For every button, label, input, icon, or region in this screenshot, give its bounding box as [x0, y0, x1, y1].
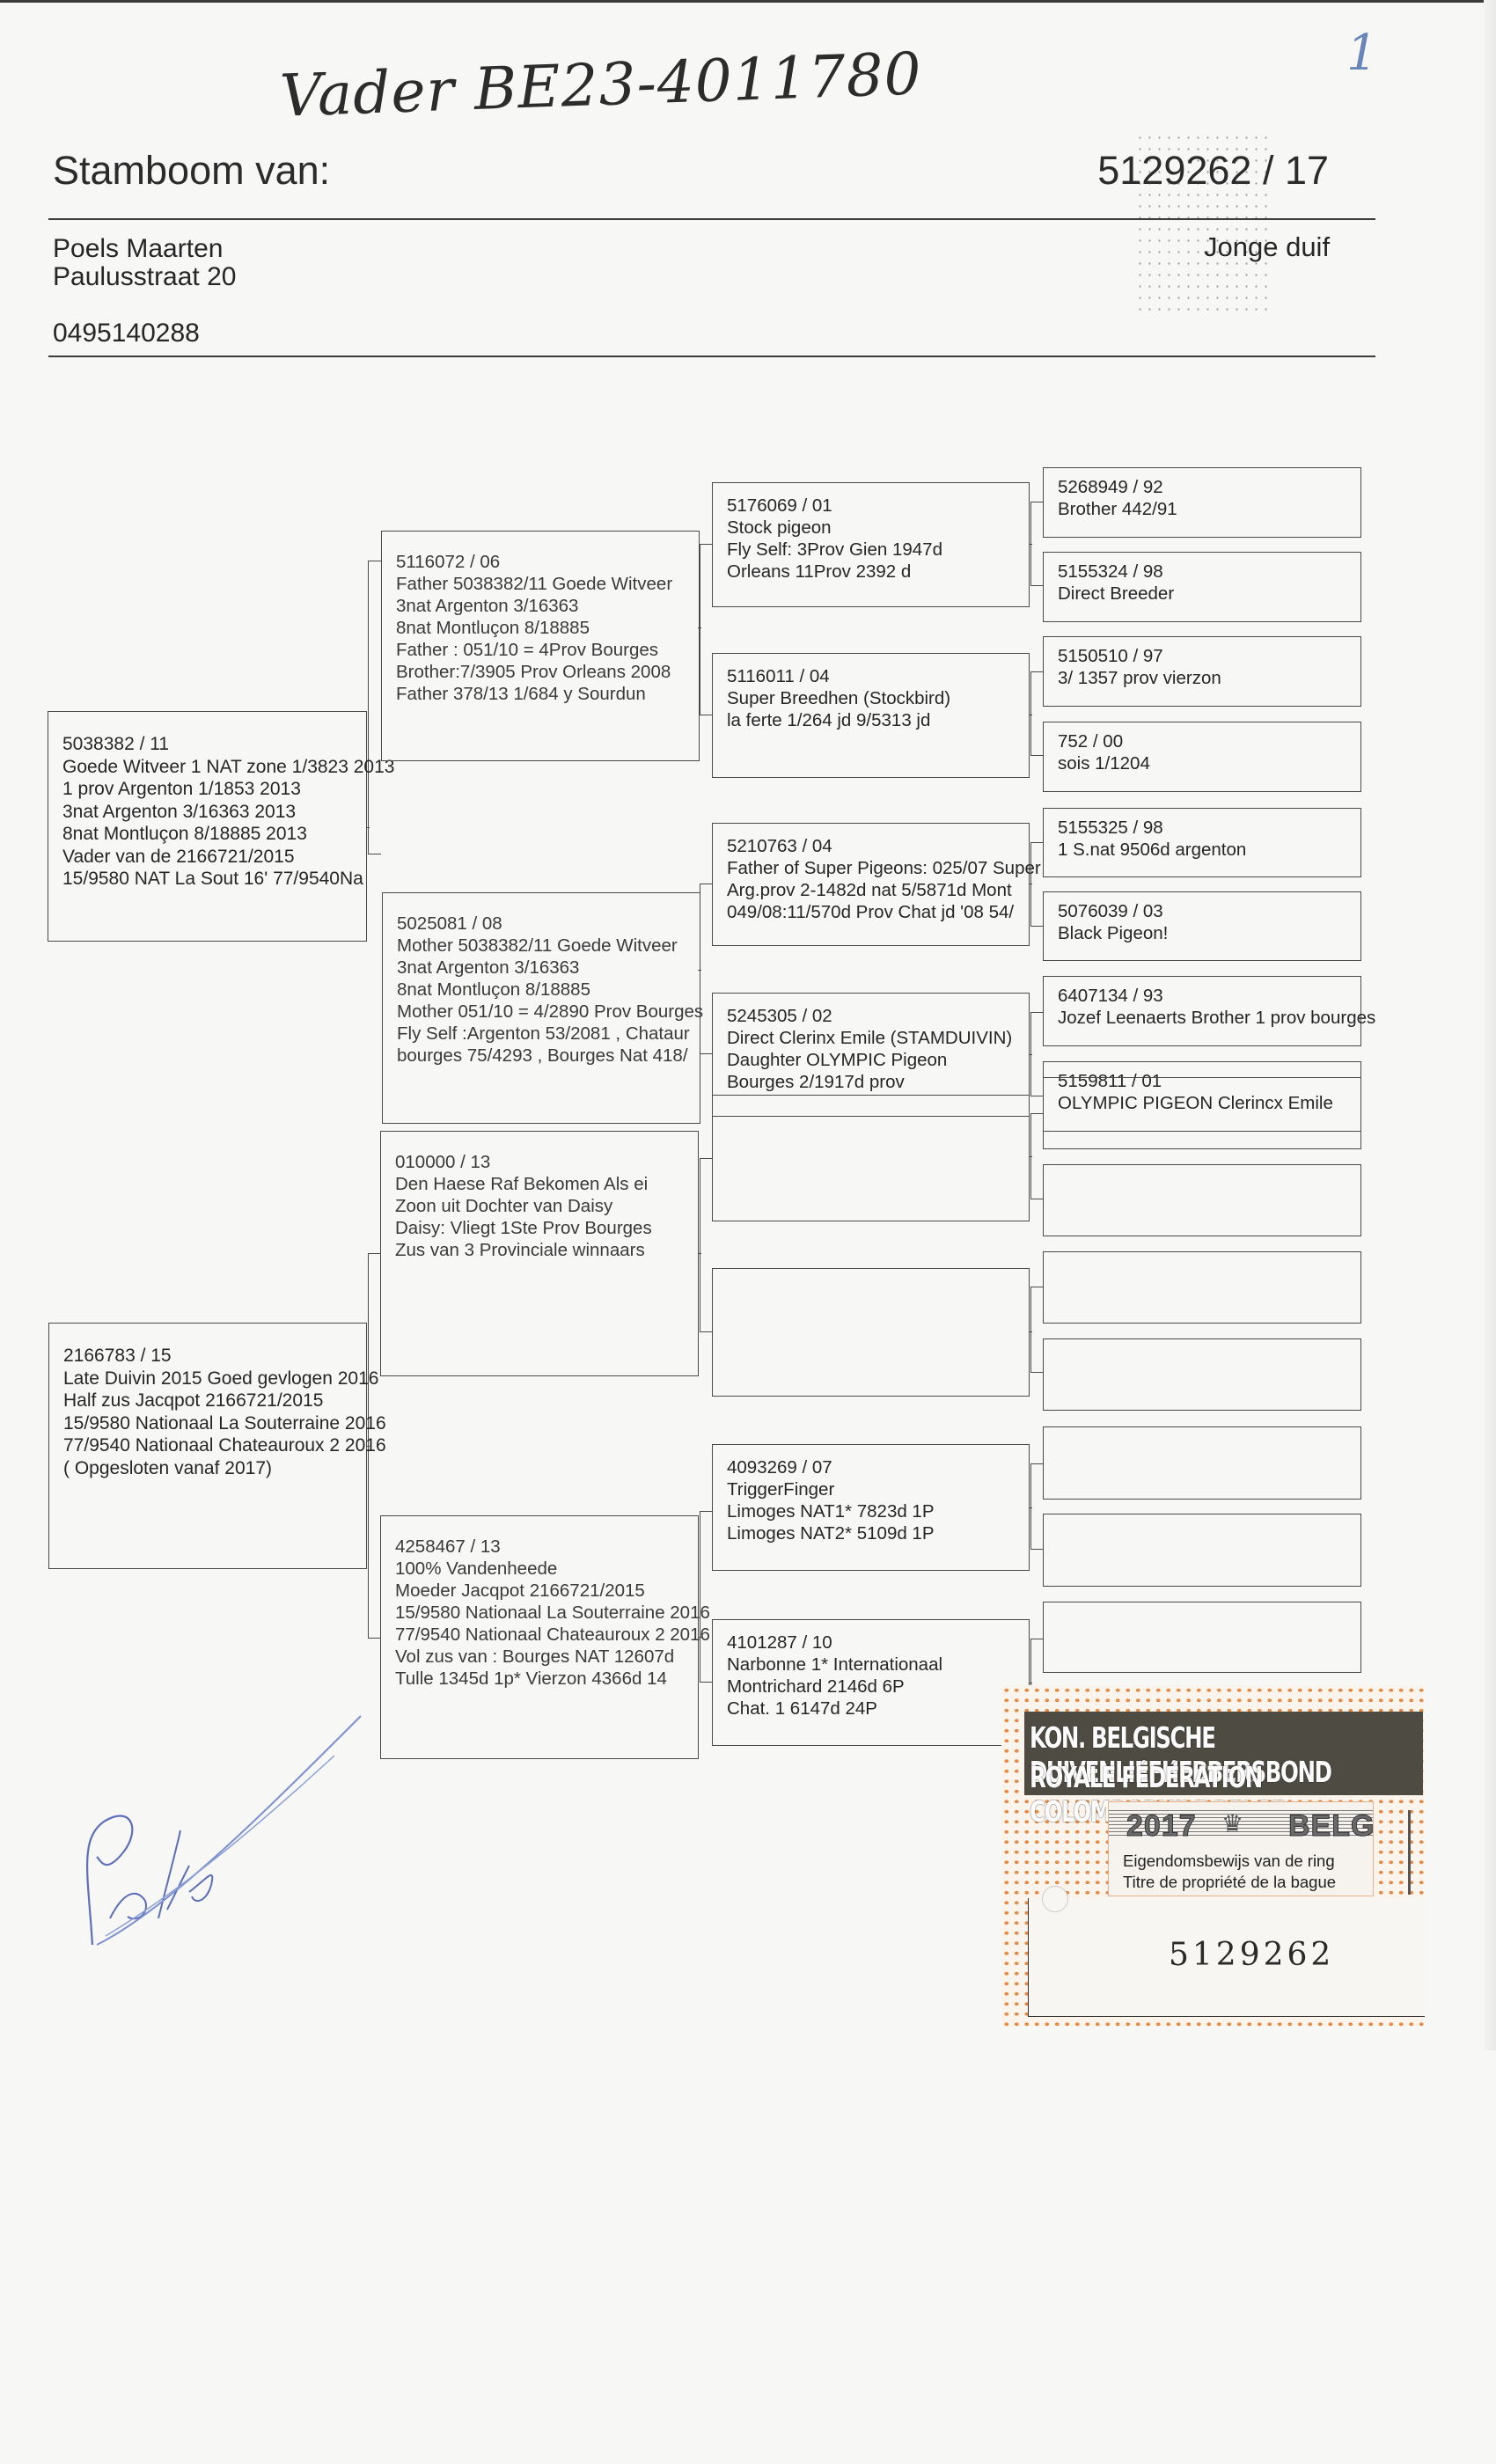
security-strip: [1408, 1810, 1411, 1895]
connector: [1030, 1287, 1043, 1373]
ring-card-caption: 2017 ♛ BELG Eigendomsbewijs van de ring …: [1108, 1801, 1374, 1896]
pedigree-note: Fly Self :Argenton 53/2081 , Chataur: [397, 1023, 700, 1045]
pedigree-note: bourges 75/4293 , Bourges Nat 418/: [397, 1045, 700, 1067]
ring-id: 5155325 / 98: [1058, 817, 1360, 839]
pedigree-note: Late Duivin 2015 Goed gevlogen 2016: [63, 1368, 366, 1390]
ring-id: 5116072 / 06: [396, 551, 699, 573]
scan-noise: [1135, 132, 1267, 317]
pedigree-note: Daughter OLYMPIC Pigeon: [727, 1049, 1029, 1071]
pedigree-note: 3nat Argenton 3/16363 2013: [62, 801, 366, 824]
pedigree-note: la ferte 1/264 jd 9/5313 jd: [727, 709, 1029, 731]
handwritten-sire-note: Vader BE23-4011780: [279, 40, 923, 129]
card-ring-number: 5129262: [1169, 1937, 1334, 1973]
pedigree-box-father[interactable]: 5038382 / 11Goede Witveer 1 NAT zone 1/3…: [48, 711, 367, 942]
pedigree-note: Narbonne 1* Internationaal: [727, 1654, 1029, 1676]
pedigree-note: 1 S.nat 9506d argenton: [1058, 839, 1360, 861]
pedigree-note: 3nat Argenton 3/16363: [397, 957, 700, 979]
pedigree-box-gggp-5[interactable]: 5155325 / 981 S.nat 9506d argenton: [1043, 808, 1361, 877]
owner-signature: [35, 1654, 387, 1954]
ring-id: 5076039 / 03: [1058, 900, 1360, 922]
ring-id: 6407134 / 93: [1058, 985, 1360, 1007]
connector: [368, 561, 381, 854]
pedigree-note: 3nat Argenton 3/16363: [396, 595, 699, 617]
pedigree-note: Direct Breeder: [1058, 583, 1360, 605]
punch-hole: [1042, 1886, 1068, 1912]
pedigree-note: 8nat Montluçon 8/18885: [396, 617, 699, 639]
pedigree-box-paternal-grandmother[interactable]: 5025081 / 08Mother 5038382/11 Goede Witv…: [382, 892, 700, 1124]
ring-id: 4101287 / 10: [727, 1632, 1029, 1654]
ring-id: 752 / 00: [1058, 730, 1360, 752]
pedigree-note: Den Haese Raf Bekomen Als ei: [395, 1173, 698, 1195]
pedigree-note: sois 1/1204: [1058, 752, 1360, 774]
pedigree-box-gggp-9[interactable]: [1043, 1077, 1361, 1149]
pedigree-box-paternal-grandfather[interactable]: 5116072 / 06Father 5038382/11 Goede Witv…: [381, 531, 700, 761]
pedigree-note: Brother 442/91: [1058, 498, 1360, 520]
pedigree-note: Tulle 1345d 1p* Vierzon 4366d 14: [395, 1668, 698, 1690]
pedigree-sheet: Vader BE23-4011780 1 Stamboom van: 51292…: [0, 0, 1496, 2464]
pedigree-box-gggp-1[interactable]: 5268949 / 92Brother 442/91: [1043, 467, 1361, 538]
ring-id: 5245305 / 02: [727, 1005, 1029, 1027]
pedigree-note: 8nat Montluçon 8/18885 2013: [62, 823, 366, 846]
handwritten-page-mark: 1: [1346, 25, 1378, 82]
connector: [1030, 1463, 1043, 1550]
header-divider-bottom: [48, 356, 1375, 357]
pedigree-note: Jozef Leenaerts Brother 1 prov bourges: [1058, 1007, 1360, 1029]
ring-id: 5155324 / 98: [1058, 561, 1360, 583]
connector: [1030, 1012, 1043, 1096]
pedigree-note: Orleans 11Prov 2392 d: [727, 561, 1029, 583]
pedigree-box-ggp-2[interactable]: 5116011 / 04Super Breedhen (Stockbird)la…: [712, 653, 1030, 778]
pedigree-note: Father : 051/10 = 4Prov Bourges: [396, 639, 699, 661]
connector: [700, 884, 712, 1054]
ring-country: BELG: [1288, 1809, 1375, 1844]
pedigree-note: ( Opgesloten vanaf 2017): [63, 1457, 366, 1480]
ring-ownership-card: KON. BELGISCHE DUIVENLIEFHEBBERSBOND ROY…: [1001, 1685, 1424, 2027]
pedigree-box-gggp-12[interactable]: [1043, 1338, 1361, 1411]
caption-nl: Eigendomsbewijs van de ring: [1123, 1852, 1335, 1871]
owner-street: Paulusstraat 20: [53, 263, 236, 291]
page-title: Stamboom van:: [53, 148, 330, 194]
ring-id: 4258467 / 13: [395, 1536, 698, 1558]
pedigree-note: 15/9580 Nationaal La Souterraine 2016: [395, 1602, 698, 1624]
pedigree-note: Limoges NAT1* 7823d 1P: [727, 1500, 1029, 1522]
crown-icon: ♛: [1221, 1809, 1243, 1838]
pedigree-note: Direct Clerinx Emile (STAMDUIVIN): [727, 1027, 1029, 1049]
pedigree-box-ggp-1[interactable]: 5176069 / 01Stock pigeonFly Self: 3Prov …: [712, 482, 1030, 607]
ring-id: 010000 / 13: [395, 1151, 698, 1173]
connector: [700, 1511, 712, 1683]
federation-banner: KON. BELGISCHE DUIVENLIEFHEBBERSBOND ROY…: [1024, 1712, 1423, 1795]
pedigree-note: Zus van 3 Provinciale winnaars: [395, 1239, 698, 1261]
pedigree-note: 049/08:11/570d Prov Chat jd '08 54/: [727, 901, 1029, 923]
pedigree-note: Half zus Jacqpot 2166721/2015: [63, 1390, 366, 1412]
pedigree-note: 8nat Montluçon 8/18885: [397, 979, 700, 1001]
pedigree-box-gggp-4[interactable]: 752 / 00sois 1/1204: [1043, 722, 1361, 792]
pedigree-note: 100% Vandenheede: [395, 1558, 698, 1580]
pedigree-box-gggp-6[interactable]: 5076039 / 03Black Pigeon!: [1043, 891, 1361, 961]
owner-phone: 0495140288: [53, 319, 200, 348]
pedigree-box-gggp-3[interactable]: 5150510 / 973/ 1357 prov vierzon: [1043, 636, 1361, 707]
pedigree-box-maternal-grandmother[interactable]: 4258467 / 13100% VandenheedeMoeder Jacqp…: [380, 1515, 699, 1759]
caption-fr: Titre de propriété de la bague: [1123, 1873, 1336, 1892]
pedigree-box-gggp-11[interactable]: [1043, 1251, 1361, 1324]
header-divider: [48, 218, 1375, 220]
owner-name: Poels Maarten: [53, 235, 223, 263]
year-row: 2017 ♛ BELG: [1109, 1808, 1373, 1837]
connector: [1030, 502, 1043, 586]
pedigree-note: Goede Witveer 1 NAT zone 1/3823 2013: [62, 756, 366, 779]
pedigree-box-ggp-8[interactable]: 4101287 / 10Narbonne 1* InternationaalMo…: [712, 1619, 1030, 1746]
connector: [1030, 671, 1043, 756]
connector: [1030, 1113, 1043, 1199]
ring-id: 5038382 / 11: [62, 733, 366, 756]
ring-id: 5025081 / 08: [397, 913, 700, 935]
pedigree-note: 77/9540 Nationaal Chateauroux 2 2016: [395, 1624, 698, 1646]
pedigree-note: Bourges 2/1917d prov: [727, 1071, 1029, 1093]
pedigree-note: Vol zus van : Bourges NAT 12607d: [395, 1646, 698, 1668]
ring-id: 2166783 / 15: [63, 1345, 366, 1368]
pedigree-note: Black Pigeon!: [1058, 922, 1360, 944]
pedigree-box-gggp-7[interactable]: 6407134 / 93Jozef Leenaerts Brother 1 pr…: [1043, 976, 1361, 1046]
pedigree-note: Vader van de 2166721/2015: [62, 846, 366, 869]
pedigree-note: Mother 051/10 = 4/2890 Prov Bourges: [397, 1001, 700, 1023]
pedigree-note: TriggerFinger: [727, 1478, 1029, 1500]
pedigree-note: Father of Super Pigeons: 025/07 Super: [727, 857, 1029, 879]
pedigree-note: Fly Self: 3Prov Gien 1947d: [727, 539, 1029, 561]
pedigree-note: Super Breedhen (Stockbird): [727, 687, 1029, 709]
pedigree-note: Brother:7/3905 Prov Orleans 2008: [396, 661, 699, 683]
pedigree-note: 1 prov Argenton 1/1853 2013: [62, 778, 366, 801]
pedigree-box-gggp-2[interactable]: 5155324 / 98Direct Breeder: [1043, 552, 1361, 622]
ring-year: 2017: [1126, 1809, 1197, 1844]
pedigree-box-ggp-6[interactable]: [712, 1268, 1030, 1397]
paper-edge: [1484, 0, 1496, 2050]
ring-id: 5150510 / 97: [1058, 645, 1360, 667]
ring-id: 5268949 / 92: [1058, 476, 1360, 498]
pedigree-note: Father 5038382/11 Goede Witveer: [396, 573, 699, 595]
pedigree-box-mother[interactable]: 2166783 / 15Late Duivin 2015 Goed gevlog…: [48, 1323, 367, 1569]
ring-id: 5176069 / 01: [727, 495, 1029, 517]
pedigree-note: 15/9580 Nationaal La Souterraine 2016: [63, 1412, 366, 1435]
pedigree-note: Zoon uit Dochter van Daisy: [395, 1195, 698, 1217]
pedigree-box-gggp-10[interactable]: [1043, 1164, 1361, 1236]
pedigree-note: 77/9540 Nationaal Chateauroux 2 2016: [63, 1434, 366, 1457]
pedigree-box-ggp-3[interactable]: 5210763 / 04Father of Super Pigeons: 025…: [712, 823, 1030, 946]
pedigree-note: Father 378/13 1/684 y Sourdun: [396, 683, 699, 705]
pedigree-box-ggp-5[interactable]: [712, 1095, 1030, 1221]
pedigree-note: Stock pigeon: [727, 517, 1029, 539]
connector: [1030, 842, 1043, 927]
scan-edge: [0, 0, 1496, 3]
ring-id: 5116011 / 04: [727, 665, 1029, 687]
pedigree-note: Arg.prov 2-1482d nat 5/5871d Mont: [727, 879, 1029, 901]
pedigree-note: Chat. 1 6147d 24P: [727, 1698, 1029, 1720]
pigeon-category: Jonge duif: [1204, 231, 1330, 263]
pedigree-box-gggp-15[interactable]: [1043, 1602, 1361, 1673]
pedigree-note: 3/ 1357 prov vierzon: [1058, 667, 1360, 689]
pedigree-box-maternal-grandfather[interactable]: 010000 / 13Den Haese Raf Bekomen Als eiZ…: [380, 1131, 699, 1376]
pedigree-note: Moeder Jacqpot 2166721/2015: [395, 1580, 698, 1602]
connector: [700, 544, 712, 715]
pedigree-box-gggp-13[interactable]: [1043, 1426, 1361, 1500]
pedigree-box-gggp-14[interactable]: [1043, 1514, 1361, 1587]
pedigree-note: Mother 5038382/11 Goede Witveer: [397, 935, 700, 957]
pedigree-note: Limoges NAT2* 5109d 1P: [727, 1522, 1029, 1544]
pedigree-note: Montrichard 2146d 6P: [727, 1676, 1029, 1698]
ring-id: 4093269 / 07: [727, 1456, 1029, 1478]
pedigree-note: 15/9580 NAT La Sout 16' 77/9540Na: [62, 868, 366, 891]
connector: [700, 1158, 712, 1332]
pedigree-box-ggp-7[interactable]: 4093269 / 07TriggerFingerLimoges NAT1* 7…: [712, 1444, 1030, 1571]
pedigree-note: Daisy: Vliegt 1Ste Prov Bourges: [395, 1217, 698, 1239]
ring-id: 5210763 / 04: [727, 835, 1029, 857]
